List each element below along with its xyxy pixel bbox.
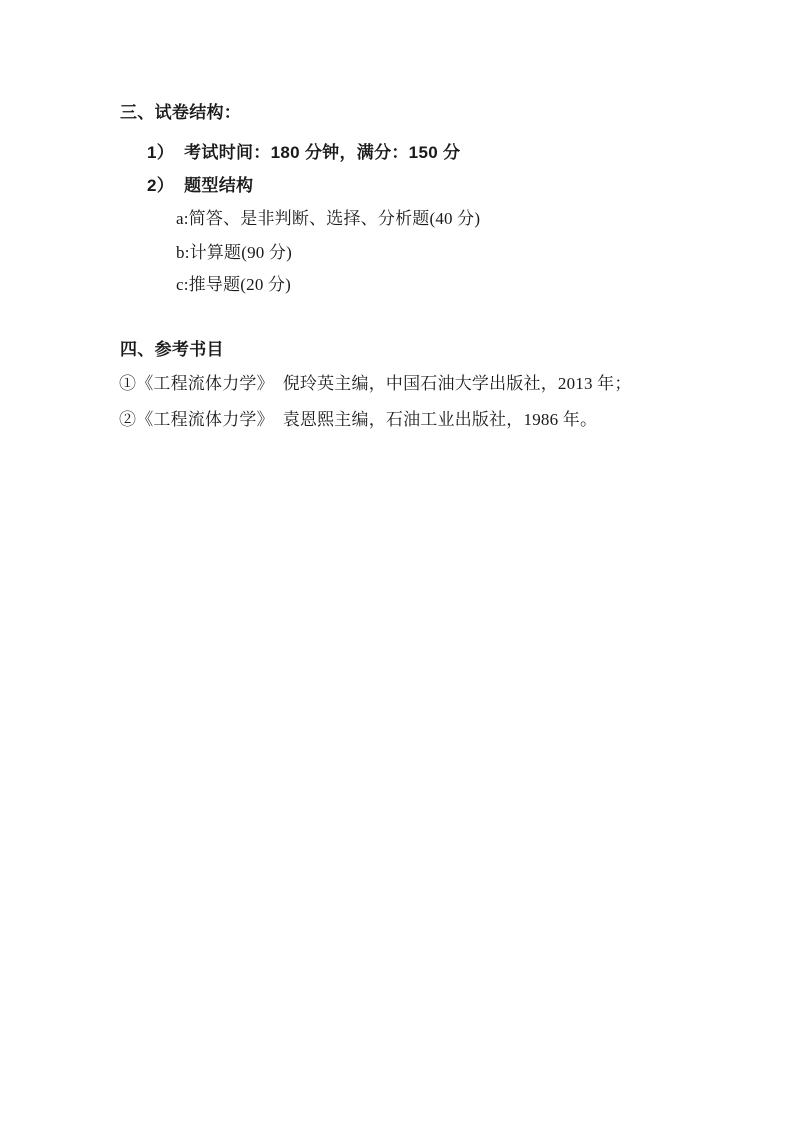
- list-item-question-type-structure: 2） 题型结构: [147, 175, 253, 197]
- reference-item-2: ②《工程流体力学》 袁恩熙主编，石油工业出版社，1986 年。: [119, 409, 597, 431]
- section-heading-exam-structure: 三、试卷结构：: [120, 102, 241, 124]
- question-type-item-c: c:推导题(20 分): [176, 274, 291, 296]
- question-type-item-b: b:计算题(90 分): [176, 242, 292, 264]
- reference-item-1: ①《工程流体力学》 倪玲英主编，中国石油大学出版社，2013 年；: [119, 373, 632, 395]
- section-heading-references: 四、参考书目: [120, 339, 224, 361]
- document-page: 三、试卷结构： 1） 考试时间：180 分钟，满分：150 分 2） 题型结构 …: [0, 0, 793, 1121]
- question-type-item-a: a:简答、是非判断、选择、分析题(40 分): [176, 208, 480, 230]
- list-item-exam-time: 1） 考试时间：180 分钟，满分：150 分: [147, 142, 460, 164]
